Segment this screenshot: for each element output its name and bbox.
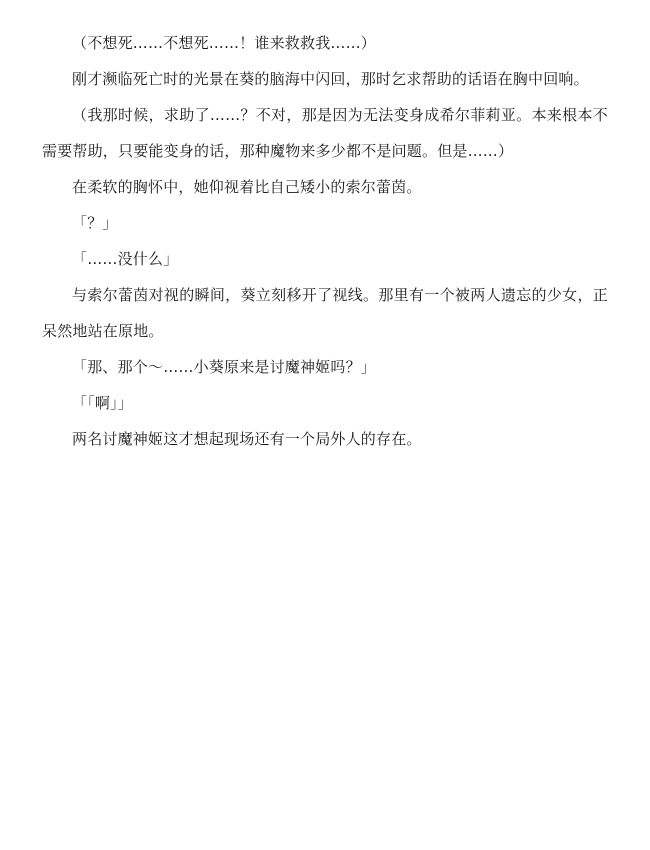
paragraph-thought: （我那时候，求助了……？不对，那是因为无法变身成希尔菲莉亚。本来根本不需要帮助，…: [42, 97, 608, 169]
paragraph-thought: （不想死……不想死……！谁来救救我……）: [42, 25, 608, 61]
paragraph-dialogue: 「……没什么」: [42, 241, 608, 277]
paragraph-dialogue: 「那、那个～……小葵原来是讨魔神姬吗？」: [42, 349, 608, 385]
paragraph-narration: 刚才濒临死亡时的光景在葵的脑海中闪回，那时乞求帮助的话语在胸中回响。: [42, 61, 608, 97]
paragraph-narration: 在柔软的胸怀中，她仰视着比自己矮小的索尔蕾茵。: [42, 169, 608, 205]
paragraph-dialogue: 「「啊」」: [42, 385, 608, 421]
paragraph-dialogue: 「？」: [42, 205, 608, 241]
paragraph-narration: 与索尔蕾茵对视的瞬间，葵立刻移开了视线。那里有一个被两人遗忘的少女，正呆然地站在…: [42, 277, 608, 349]
document-page: （不想死……不想死……！谁来救救我……） 刚才濒临死亡时的光景在葵的脑海中闪回，…: [42, 25, 608, 457]
paragraph-narration: 两名讨魔神姬这才想起现场还有一个局外人的存在。: [42, 421, 608, 457]
